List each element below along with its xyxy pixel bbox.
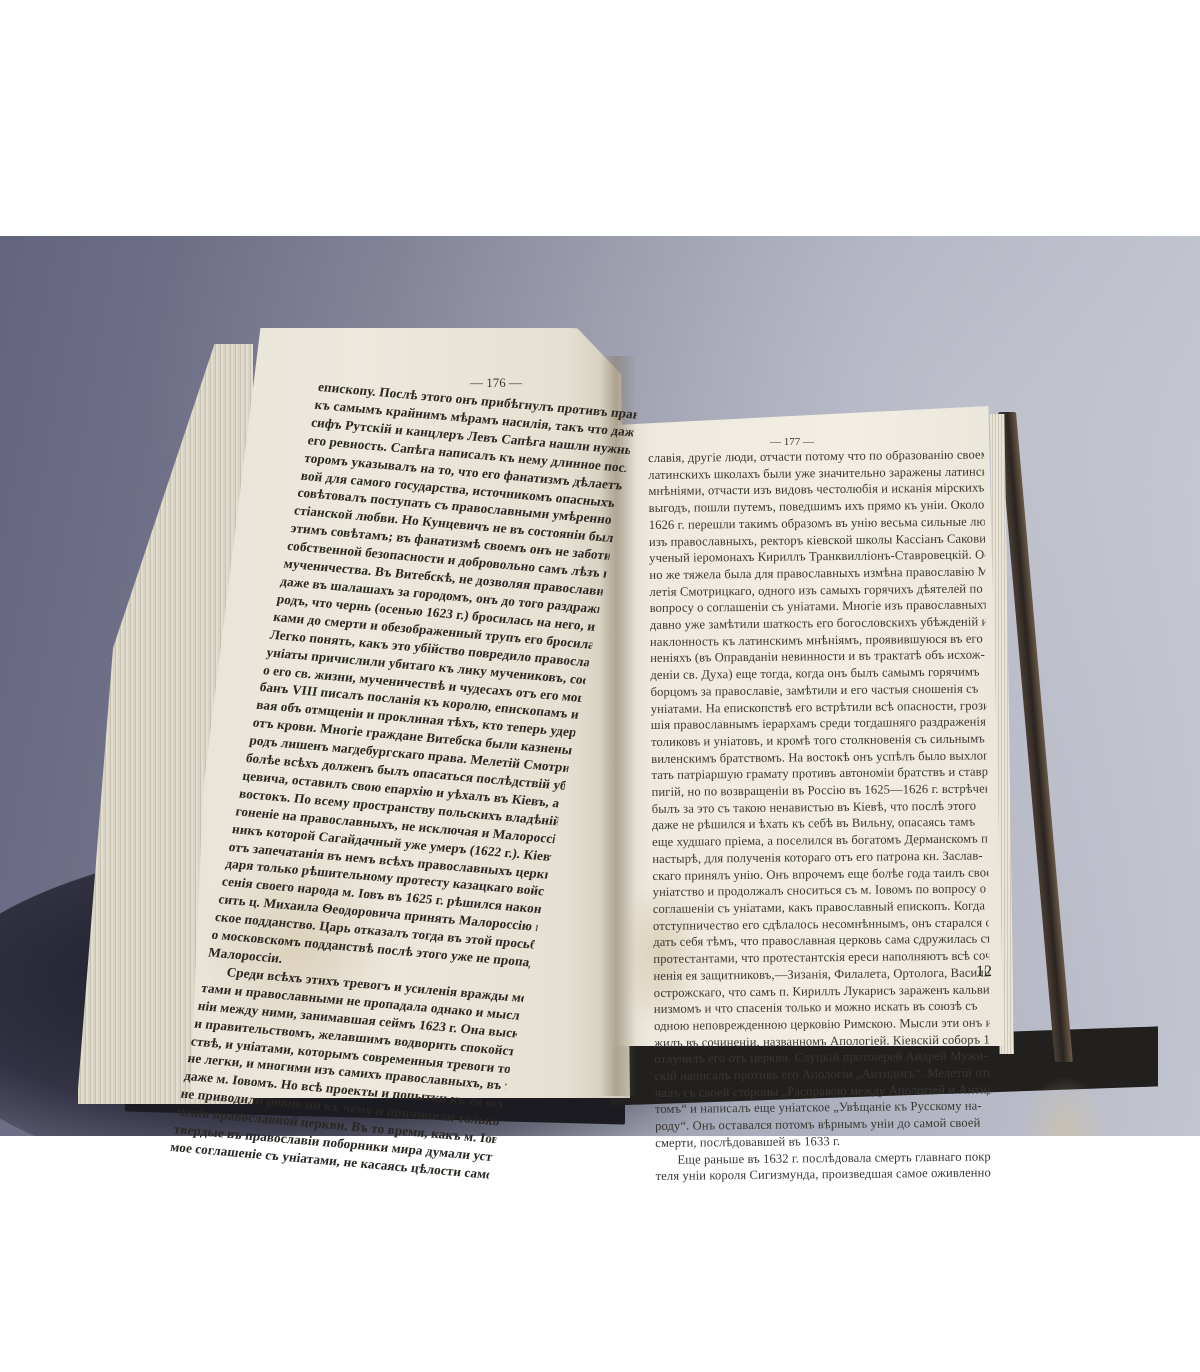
text-line: роду“. Онъ оставался потомъ вѣрнымъ уніи… <box>655 1115 991 1135</box>
right-page-text: славія, другіе люди, отчасти потому что … <box>648 446 992 1184</box>
book-photo <box>0 236 1200 1136</box>
page-number-left: — 176 — <box>470 375 522 391</box>
signature-mark: 12 <box>976 963 992 981</box>
page-number-right: — 177 — <box>770 436 814 448</box>
text-line: теля уніи короля Сигизмунда, произведшая… <box>656 1165 992 1185</box>
